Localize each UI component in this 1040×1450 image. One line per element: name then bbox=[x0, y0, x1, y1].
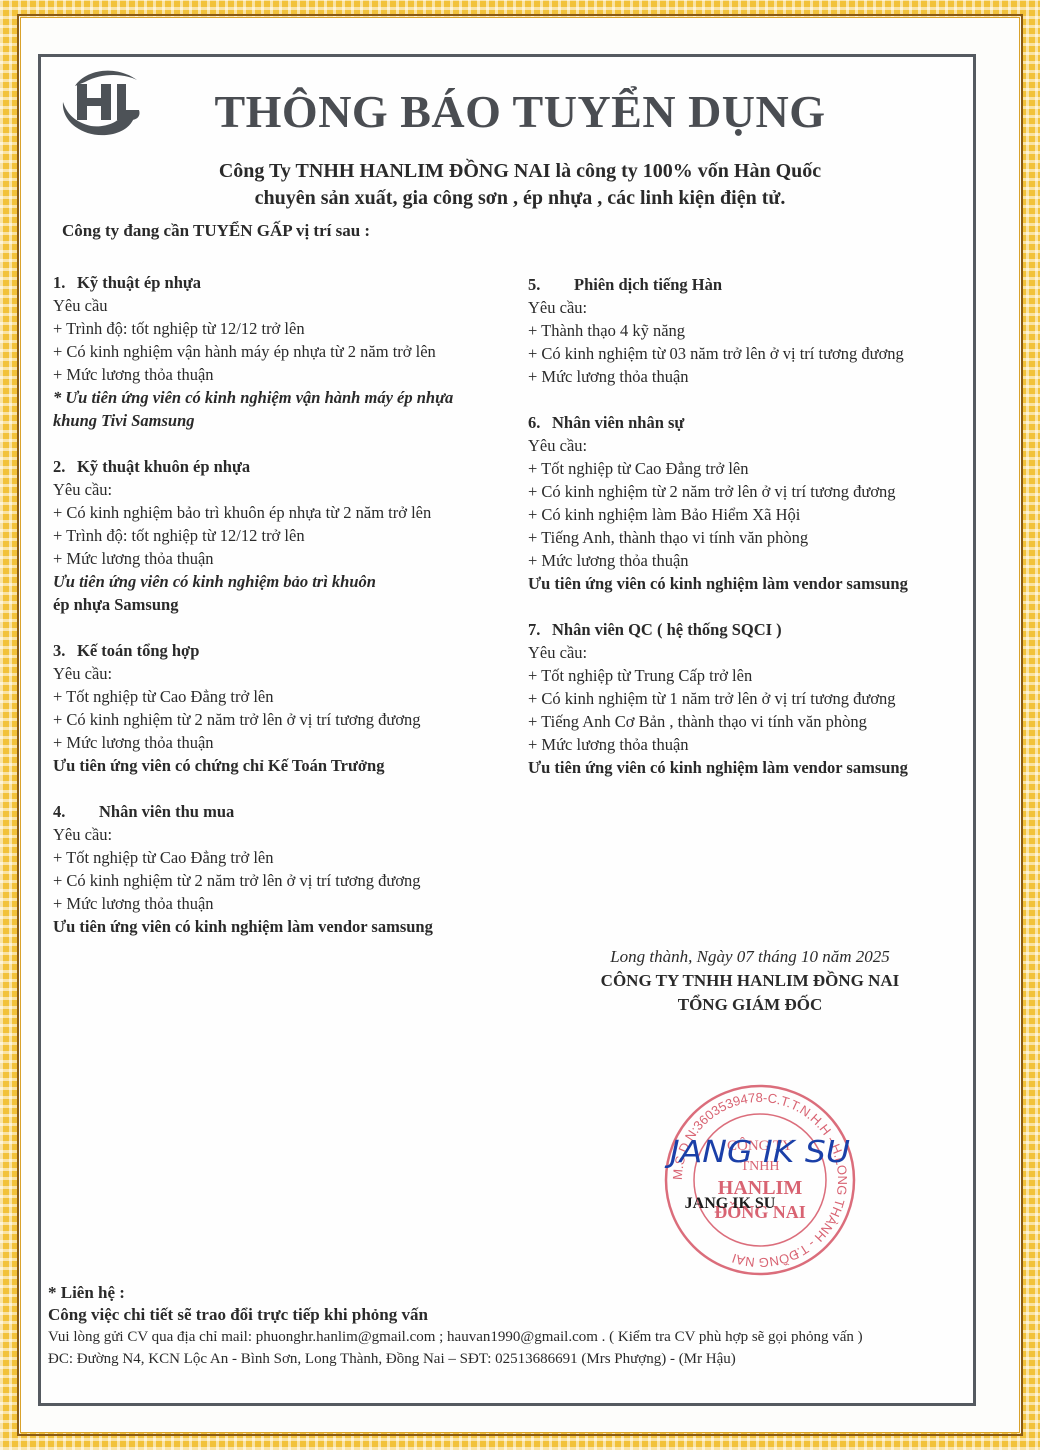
job-listing: 7.Nhân viên QC ( hệ thống SQCI )Yêu cầu:… bbox=[528, 618, 968, 779]
requirements-label: Yêu cầu bbox=[53, 294, 503, 317]
requirement-item: + Mức lương thỏa thuận bbox=[528, 365, 968, 388]
requirements-label: Yêu cầu: bbox=[53, 478, 503, 501]
job-title: 6.Nhân viên nhân sự bbox=[528, 411, 968, 434]
preference-note: Ưu tiên ứng viên có kinh nghiệm làm vend… bbox=[528, 572, 968, 595]
company-description-line2: chuyên sản xuất, gia công sơn , ép nhựa … bbox=[140, 185, 900, 212]
signature-block: Long thành, Ngày 07 tháng 10 năm 2025 CÔ… bbox=[560, 945, 940, 1017]
preference-note: Ưu tiên ứng viên có kinh nghiệm làm vend… bbox=[53, 915, 503, 938]
requirement-item: + Mức lương thỏa thuận bbox=[528, 733, 968, 756]
requirement-item: + Tiếng Anh, thành thạo vi tính văn phòn… bbox=[528, 526, 968, 549]
job-title: 3.Kế toán tổng hợp bbox=[53, 639, 503, 662]
jobs-column-left: 1.Kỹ thuật ép nhựaYêu cầu+ Trình độ: tốt… bbox=[53, 271, 503, 961]
job-number: 7. bbox=[528, 618, 552, 641]
job-listing: 3.Kế toán tổng hợpYêu cầu:+ Tốt nghiệp t… bbox=[53, 639, 503, 777]
requirements-label: Yêu cầu: bbox=[53, 662, 503, 685]
contact-section: * Liên hệ : Công việc chi tiết sẽ trao đ… bbox=[48, 1282, 968, 1370]
requirement-item: + Tốt nghiệp từ Cao Đẳng trở lên bbox=[53, 685, 503, 708]
job-listing: 1.Kỹ thuật ép nhựaYêu cầu+ Trình độ: tốt… bbox=[53, 271, 503, 432]
requirement-item: + Trình độ: tốt nghiệp từ 12/12 trở lên bbox=[53, 524, 503, 547]
requirement-item: + Có kinh nghiệm từ 2 năm trở lên ở vị t… bbox=[53, 869, 503, 892]
job-number: 4. bbox=[53, 800, 99, 823]
job-title-text: Nhân viên thu mua bbox=[99, 802, 234, 821]
job-title-text: Phiên dịch tiếng Hàn bbox=[574, 275, 722, 294]
preference-note: ép nhựa Samsung bbox=[53, 593, 503, 616]
job-title: 7.Nhân viên QC ( hệ thống SQCI ) bbox=[528, 618, 968, 641]
preference-note: Ưu tiên ứng viên có kinh nghiệm làm vend… bbox=[528, 756, 968, 779]
company-description: Công Ty TNHH HANLIM ĐỒNG NAI là công ty … bbox=[140, 158, 900, 212]
requirement-item: + Mức lương thỏa thuận bbox=[53, 363, 503, 386]
requirement-item: + Mức lương thỏa thuận bbox=[53, 892, 503, 915]
requirement-item: + Mức lương thỏa thuận bbox=[528, 549, 968, 572]
requirements-label: Yêu cầu: bbox=[53, 823, 503, 846]
requirement-item: + Có kinh nghiệm từ 03 năm trở lên ở vị … bbox=[528, 342, 968, 365]
page-title: THÔNG BÁO TUYỂN DỤNG bbox=[195, 82, 845, 142]
job-number: 6. bbox=[528, 411, 552, 434]
requirement-item: + Có kinh nghiệm từ 2 năm trở lên ở vị t… bbox=[53, 708, 503, 731]
preference-note: khung Tivi Samsung bbox=[53, 409, 503, 432]
contact-detail: Công việc chi tiết sẽ trao đổi trực tiếp… bbox=[48, 1304, 968, 1326]
job-number: 5. bbox=[528, 273, 574, 296]
company-stamp-icon: M.S.D.N:3603539478-C.T.T.N.H.H - H.LONG … bbox=[660, 1080, 860, 1280]
requirement-item: + Thành thạo 4 kỹ năng bbox=[528, 319, 968, 342]
job-title: 2.Kỹ thuật khuôn ép nhựa bbox=[53, 455, 503, 478]
contact-address-line: ĐC: Đường N4, KCN Lộc An - Bình Sơn, Lon… bbox=[48, 1348, 968, 1370]
jobs-column-right: 5.Phiên dịch tiếng HànYêu cầu:+ Thành th… bbox=[528, 273, 968, 802]
signature-company: CÔNG TY TNHH HANLIM ĐỒNG NAI bbox=[560, 969, 940, 993]
company-description-line1: Công Ty TNHH HANLIM ĐỒNG NAI là công ty … bbox=[140, 158, 900, 185]
requirements-label: Yêu cầu: bbox=[528, 434, 968, 457]
job-title: 5.Phiên dịch tiếng Hàn bbox=[528, 273, 968, 296]
requirement-item: + Có kinh nghiệm làm Bảo Hiểm Xã Hội bbox=[528, 503, 968, 526]
requirement-item: + Có kinh nghiệm bảo trì khuôn ép nhựa t… bbox=[53, 501, 503, 524]
job-number: 1. bbox=[53, 271, 77, 294]
preference-note: Ưu tiên ứng viên có chứng chỉ Kế Toán Tr… bbox=[53, 754, 503, 777]
job-title-text: Nhân viên QC ( hệ thống SQCI ) bbox=[552, 620, 782, 639]
signer-name: JANG IK SU bbox=[640, 1195, 820, 1213]
job-listing: 5.Phiên dịch tiếng HànYêu cầu:+ Thành th… bbox=[528, 273, 968, 388]
handwritten-signature: JANG IK SU bbox=[665, 1135, 851, 1170]
job-number: 3. bbox=[53, 639, 77, 662]
job-number: 2. bbox=[53, 455, 77, 478]
requirement-item: + Mức lương thỏa thuận bbox=[53, 731, 503, 754]
requirement-item: + Có kinh nghiệm từ 1 năm trở lên ở vị t… bbox=[528, 687, 968, 710]
requirement-item: + Tốt nghiệp từ Cao Đẳng trở lên bbox=[53, 846, 503, 869]
job-title-text: Kế toán tổng hợp bbox=[77, 641, 199, 660]
contact-heading: * Liên hệ : bbox=[48, 1282, 968, 1304]
preference-note: * Ưu tiên ứng viên có kinh nghiệm vận hà… bbox=[53, 386, 503, 409]
signature-date: Long thành, Ngày 07 tháng 10 năm 2025 bbox=[560, 945, 940, 969]
job-title: 1.Kỹ thuật ép nhựa bbox=[53, 271, 503, 294]
job-listing: 4.Nhân viên thu muaYêu cầu:+ Tốt nghiệp … bbox=[53, 800, 503, 938]
hiring-intro: Công ty đang cần TUYỂN GẤP vị trí sau : bbox=[62, 221, 370, 241]
job-title-text: Nhân viên nhân sự bbox=[552, 413, 684, 432]
hanlim-logo-icon bbox=[55, 62, 151, 142]
requirement-item: + Mức lương thỏa thuận bbox=[53, 547, 503, 570]
requirement-item: + Tốt nghiệp từ Trung Cấp trở lên bbox=[528, 664, 968, 687]
signature-role: TỔNG GIÁM ĐỐC bbox=[560, 993, 940, 1017]
preference-note: Ưu tiên ứng viên có kinh nghiệm bảo trì … bbox=[53, 570, 503, 593]
job-listing: 2.Kỹ thuật khuôn ép nhựaYêu cầu:+ Có kin… bbox=[53, 455, 503, 616]
requirement-item: + Tốt nghiệp từ Cao Đẳng trở lên bbox=[528, 457, 968, 480]
job-title-text: Kỹ thuật khuôn ép nhựa bbox=[77, 457, 250, 476]
job-title-text: Kỹ thuật ép nhựa bbox=[77, 273, 201, 292]
requirement-item: + Tiếng Anh Cơ Bản , thành thạo vi tính … bbox=[528, 710, 968, 733]
requirements-label: Yêu cầu: bbox=[528, 641, 968, 664]
requirements-label: Yêu cầu: bbox=[528, 296, 968, 319]
job-listing: 6.Nhân viên nhân sựYêu cầu:+ Tốt nghiệp … bbox=[528, 411, 968, 595]
requirement-item: + Có kinh nghiệm từ 2 năm trở lên ở vị t… bbox=[528, 480, 968, 503]
job-title: 4.Nhân viên thu mua bbox=[53, 800, 503, 823]
requirement-item: + Trình độ: tốt nghiệp từ 12/12 trở lên bbox=[53, 317, 503, 340]
contact-email-line: Vui lòng gửi CV qua địa chỉ mail: phuong… bbox=[48, 1326, 968, 1348]
requirement-item: + Có kinh nghiệm vận hành máy ép nhựa từ… bbox=[53, 340, 503, 363]
